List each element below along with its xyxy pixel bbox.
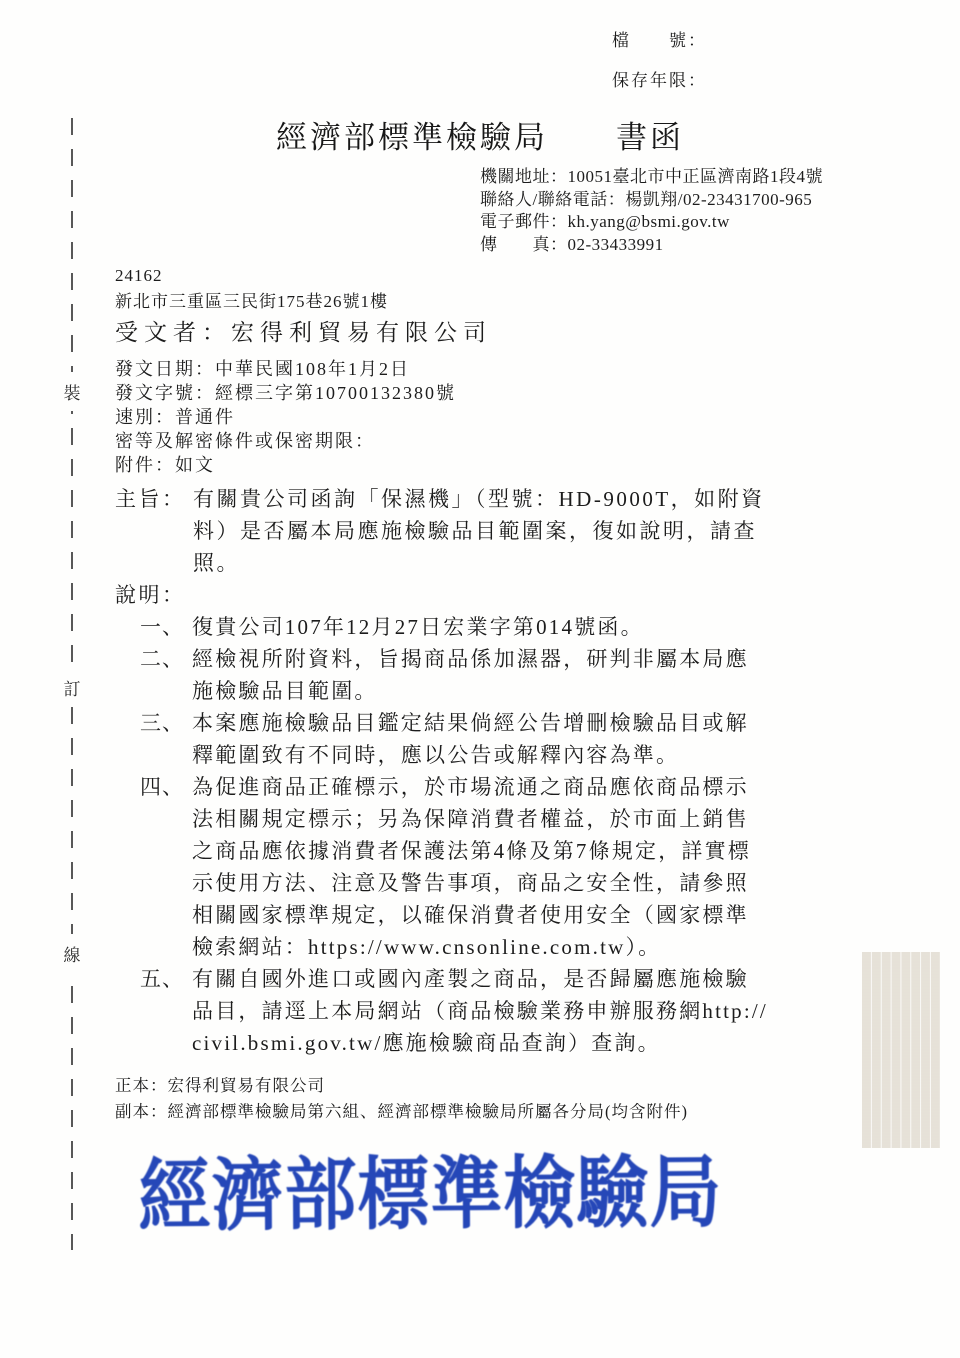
document-number: 發文字號：經標三字第10700132380號 — [115, 381, 863, 405]
subject-text: 有關貴公司函詢「保濕機」（型號：HD-9000T，如附資 料）是否屬本局應施檢驗… — [193, 483, 765, 579]
item-label: 四、 — [140, 771, 192, 963]
distribution-block: 正本：宏得利貿易有限公司 副本：經濟部標準檢驗局第六組、經濟部標準檢驗局所屬各分… — [115, 1073, 863, 1125]
subject-label: 主旨： — [115, 483, 193, 579]
issue-date: 發文日期：中華民國108年1月2日 — [115, 357, 863, 381]
item-text: 有關自國外進口或國內產製之商品，是否歸屬應施檢驗 品目，請逕上本局網站（商品檢驗… — [192, 963, 863, 1059]
item-line: 相關國家標準規定，以確保消費者使用安全（國家標準 — [192, 899, 863, 931]
item-label: 五、 — [140, 963, 192, 1059]
agency-address: 機關地址：10051臺北市中正區濟南路1段4號 — [480, 166, 823, 189]
item-text: 經檢視所附資料，旨揭商品係加濕器，研判非屬本局應 施檢驗品目範圍。 — [192, 643, 863, 707]
list-item-3: 三、 本案應施檢驗品目鑑定結果倘經公告增刪檢驗品目或解 釋範圍致有不同時，應以公… — [140, 707, 863, 771]
binding-mark-zhuang: 裝 — [61, 372, 83, 411]
item-line: 釋範圍致有不同時，應以公告或解釋內容為準。 — [192, 739, 863, 771]
security-classification: 密等及解密條件或保密期限： — [115, 429, 863, 453]
list-item-4: 四、 為促進商品正確標示，於市場流通之商品應依商品標示 法相關規定標示；另為保障… — [140, 771, 863, 963]
recipient-address: 新北市三重區三民街175巷26號1樓 — [115, 288, 863, 315]
item-text: 為促進商品正確標示，於市場流通之商品應依商品標示 法相關規定標示；另為保障消費者… — [192, 771, 863, 963]
recipient-postal-code: 24162 — [115, 264, 863, 288]
item-line: 品目，請逕上本局網站（商品檢驗業務申辦服務網http:// — [192, 995, 863, 1027]
item-line: 檢索網站：https://www.cnsonline.com.tw）。 — [192, 931, 863, 963]
letter-body: 24162 新北市三重區三民街175巷26號1樓 受文者：宏得利貿易有限公司 發… — [115, 264, 863, 1125]
item-label: 一、 — [140, 611, 192, 643]
item-line: 法相關規定標示；另為保障消費者權益，於市面上銷售 — [192, 803, 863, 835]
agency-contact-block: 機關地址：10051臺北市中正區濟南路1段4號 聯絡人/聯絡電話：楊凱翔/02-… — [480, 166, 823, 256]
retention-period-label: 保存年限： — [612, 66, 707, 91]
item-line: 復貴公司107年12月27日宏業字第014號函。 — [192, 611, 863, 643]
attachment-note: 附件：如文 — [115, 453, 863, 477]
agency-stamp: 經濟部標準檢驗局 — [138, 1128, 723, 1247]
item-line: 之商品應依據消費者保護法第4條及第7條規定，詳實標 — [192, 835, 863, 867]
item-line: 示使用方法、注意及警告事項，商品之安全性，請參照 — [192, 867, 863, 899]
item-line: 經檢視所附資料，旨揭商品係加濕器，研判非屬本局應 — [192, 643, 863, 675]
priority-level: 速別：普通件 — [115, 405, 863, 429]
description-heading: 說明： — [115, 579, 863, 611]
scanned-letter-page: 檔 號： 保存年限： 經濟部標準檢驗局 書函 機關地址：10051臺北市中正區濟… — [0, 0, 960, 1358]
subject-line: 照。 — [193, 547, 765, 579]
document-title: 經濟部標準檢驗局 書函 — [0, 112, 960, 157]
contact-person-phone: 聯絡人/聯絡電話：楊凱翔/02-23431700-965 — [480, 189, 823, 212]
item-label: 三、 — [140, 707, 192, 771]
item-line: 有關自國外進口或國內產製之商品，是否歸屬應施檢驗 — [192, 963, 863, 995]
subject-line: 有關貴公司函詢「保濕機」（型號：HD-9000T，如附資 — [193, 483, 765, 515]
list-item-2: 二、 經檢視所附資料，旨揭商品係加濕器，研判非屬本局應 施檢驗品目範圍。 — [140, 643, 863, 707]
copy-recipients-line: 副本：經濟部標準檢驗局第六組、經濟部標準檢驗局所屬各分局(均含附件) — [115, 1099, 863, 1125]
document-meta-block: 發文日期：中華民國108年1月2日 發文字號：經標三字第10700132380號… — [115, 357, 863, 477]
item-text: 本案應施檢驗品目鑑定結果倘經公告增刪檢驗品目或解 釋範圍致有不同時，應以公告或解… — [192, 707, 863, 771]
list-item-1: 一、 復貴公司107年12月27日宏業字第014號函。 — [140, 611, 863, 643]
item-label: 二、 — [140, 643, 192, 707]
subject-section: 主旨： 有關貴公司函詢「保濕機」（型號：HD-9000T，如附資 料）是否屬本局… — [115, 483, 863, 579]
binding-mark-xian: 線 — [61, 934, 83, 973]
contact-email: 電子郵件：kh.yang@bsmi.gov.tw — [480, 211, 823, 234]
file-number-label: 檔 號： — [612, 26, 707, 51]
item-line: 施檢驗品目範圍。 — [192, 675, 863, 707]
contact-fax: 傳 真：02-33433991 — [480, 234, 823, 257]
item-line: 本案應施檢驗品目鑑定結果倘經公告增刪檢驗品目或解 — [192, 707, 863, 739]
binding-mark-ding: 訂 — [61, 668, 83, 707]
item-text: 復貴公司107年12月27日宏業字第014號函。 — [192, 611, 863, 643]
item-line: 為促進商品正確標示，於市場流通之商品應依商品標示 — [192, 771, 863, 803]
subject-line: 料）是否屬本局應施檢驗品目範圍案，復如說明，請查 — [193, 515, 765, 547]
item-line: civil.bsmi.gov.tw/應施檢驗商品查詢）查詢。 — [192, 1027, 863, 1059]
addressee-line: 受文者：宏得利貿易有限公司 — [115, 315, 863, 351]
original-recipient-line: 正本：宏得利貿易有限公司 — [115, 1073, 863, 1099]
list-item-5: 五、 有關自國外進口或國內產製之商品，是否歸屬應施檢驗 品目，請逕上本局網站（商… — [140, 963, 863, 1059]
scan-bleedthrough-artifact — [862, 952, 940, 1148]
